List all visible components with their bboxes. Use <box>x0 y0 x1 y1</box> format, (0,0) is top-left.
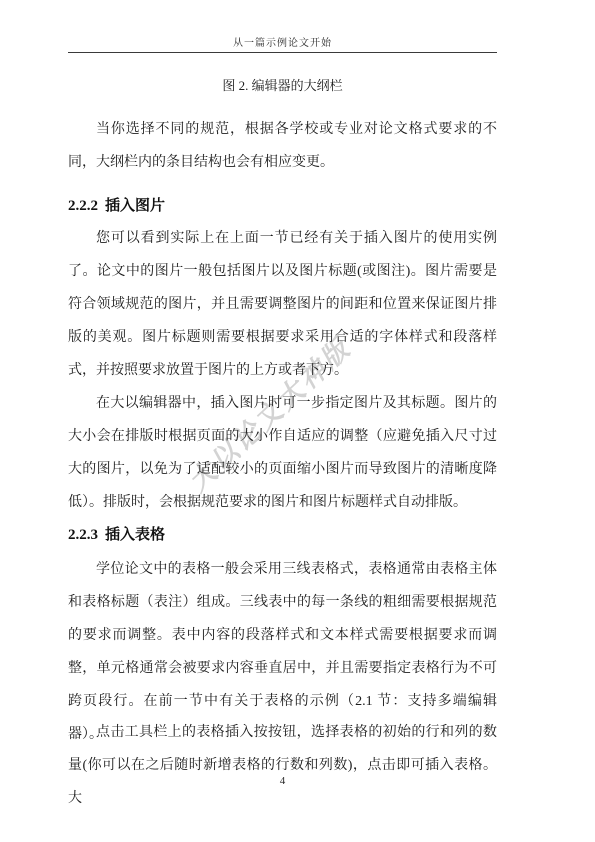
section-number: 2.2.3 <box>68 527 98 543</box>
figure-caption: 图 2. 编辑器的大纲栏 <box>68 75 497 94</box>
paragraph-insert-table-2: 点击工具栏上的表格插入按按钮，选择表格的初始的行和列的数量(你可以在之后随时新增… <box>68 716 497 815</box>
section-title: 插入图片 <box>105 197 165 214</box>
intro-paragraph: 当你选择不同的规范，根据各学校或专业对论文格式要求的不同，大纲栏内的条目结构也会… <box>68 113 497 179</box>
section-number: 2.2.2 <box>68 198 98 214</box>
section-title: 插入表格 <box>105 526 165 543</box>
paragraph-insert-image-2: 在大以编辑器中，插入图片时可一步指定图片及其标题。图片的大小会在排版时根据页面的… <box>68 387 497 519</box>
section-heading-insert-table: 2.2.3插入表格 <box>68 525 497 545</box>
paragraph-insert-image-1: 您可以看到实际上在上面一节已经有关于插入图片的使用实例了。论文中的图片一般包括图… <box>68 222 497 387</box>
running-header: 从一篇示例论文开始 <box>68 34 497 49</box>
section-heading-insert-image: 2.2.2插入图片 <box>68 196 497 216</box>
document-page: 大以论文大神版 从一篇示例论文开始 图 2. 编辑器的大纲栏 当你选择不同的规范… <box>0 0 595 842</box>
header-rule <box>68 52 497 53</box>
text-column: 从一篇示例论文开始 图 2. 编辑器的大纲栏 当你选择不同的规范，根据各学校或专… <box>68 0 497 842</box>
